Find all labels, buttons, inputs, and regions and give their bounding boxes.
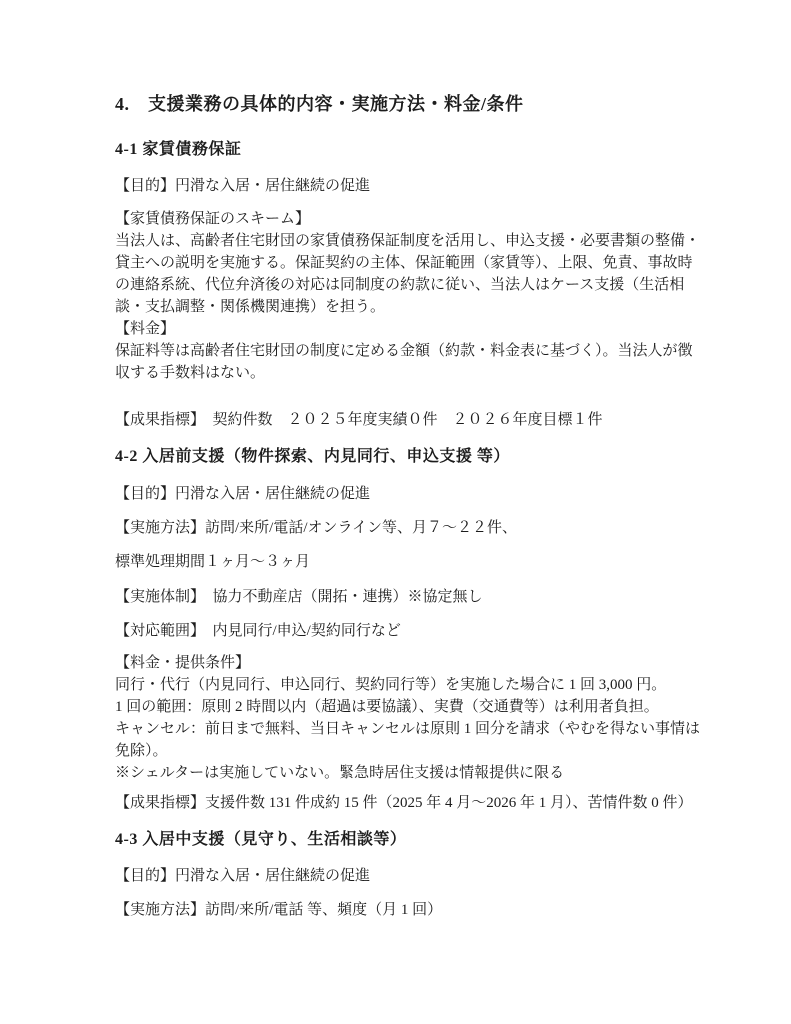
purpose-paragraph: 【目的】円滑な入居・居住継続の促進 [115,175,701,197]
text-line: 【成果指標】支援件数 131 件成約 15 件（2025 年 4 月～2026 … [115,792,701,814]
scope-paragraph: 【対応範囲】 内見同行/申込/契約同行など [115,620,701,642]
kpi-paragraph: 【成果指標】支援件数 131 件成約 15 件（2025 年 4 月～2026 … [115,792,701,814]
text-line: ※シェルターは実施していない。緊急時居住支援は情報提供に限る [115,762,701,784]
scheme-and-fee-paragraph: 【家賃債務保証のスキーム】 当法人は、高齢者住宅財団の家賃債務保証制度を活用し、… [115,208,701,384]
text-line: 貸主への説明を実施する。保証契約の主体、保証範囲（家賃等）、上限、免責、事故時 [115,252,701,274]
method-paragraph: 【実施方法】訪問/来所/電話/オンライン等、月７～２２件、 [115,517,701,539]
text-line: 1 回の範囲：原則 2 時間以内（超過は要協議）、実費（交通費等）は利用者負担。 [115,696,701,718]
text-line: 免除）。 [115,740,701,762]
text-line: 【実施方法】訪問/来所/電話/オンライン等、月７～２２件、 [115,517,701,539]
text-line: 【料金・提供条件】 [115,652,701,674]
processing-period-paragraph: 標準処理期間１ヶ月～３ヶ月 [115,551,701,573]
text-line: 収する手数料はない。 [115,362,701,384]
text-line: 【料金】 [115,318,701,340]
document-page: 4. 支援業務の具体的内容・実施方法・料金/条件 4-1 家賃債務保証 【目的】… [0,0,791,1024]
text-line: 談・支払調整・関係機関連携）を担う。 [115,296,701,318]
fee-conditions-paragraph: 【料金・提供条件】 同行・代行（内見同行、申込同行、契約同行等）を実施した場合に… [115,652,701,784]
text-line: 保証料等は高齢者住宅財団の制度に定める金額（約款・料金表に基づく）。当法人が徴 [115,340,701,362]
structure-paragraph: 【実施体制】 協力不動産店（開拓・連携）※協定無し [115,586,701,608]
document-title: 4. 支援業務の具体的内容・実施方法・料金/条件 [115,92,701,116]
text-line: 【成果指標】 契約件数 ２０２５年度実績０件 ２０２６年度目標１件 [115,409,701,431]
text-line: 同行・代行（内見同行、申込同行、契約同行等）を実施した場合に 1 回 3,000… [115,674,701,696]
text-line: 当法人は、高齢者住宅財団の家賃債務保証制度を活用し、申込支援・必要書類の整備・ [115,230,701,252]
text-line: の連絡系統、代位弁済後の対応は同制度の約款に従い、当法人はケース支援（生活相 [115,274,701,296]
text-line: 【目的】円滑な入居・居住継続の促進 [115,483,701,505]
text-line: 【実施体制】 協力不動産店（開拓・連携）※協定無し [115,586,701,608]
section-4-2: 4-2 入居前支援（物件探索、内見同行、申込支援 等） 【目的】円滑な入居・居住… [115,446,701,814]
text-line: 【実施方法】訪問/来所/電話 等、頻度（月 1 回） [115,899,701,921]
text-line: キャンセル：前日まで無料、当日キャンセルは原則 1 回分を請求（やむを得ない事情… [115,718,701,740]
purpose-paragraph: 【目的】円滑な入居・居住継続の促進 [115,483,701,505]
section-4-2-heading: 4-2 入居前支援（物件探索、内見同行、申込支援 等） [115,446,701,468]
text-line: 【目的】円滑な入居・居住継続の促進 [115,865,701,887]
text-line: 【対応範囲】 内見同行/申込/契約同行など [115,620,701,642]
text-line: 【家賃債務保証のスキーム】 [115,208,701,230]
text-line: 標準処理期間１ヶ月～３ヶ月 [115,551,701,573]
section-4-3-heading: 4-3 入居中支援（見守り、生活相談等） [115,829,701,851]
section-4-1: 4-1 家賃債務保証 【目的】円滑な入居・居住継続の促進 【家賃債務保証のスキー… [115,139,701,431]
method-paragraph: 【実施方法】訪問/来所/電話 等、頻度（月 1 回） [115,899,701,921]
section-4-3: 4-3 入居中支援（見守り、生活相談等） 【目的】円滑な入居・居住継続の促進 【… [115,829,701,921]
text-line: 【目的】円滑な入居・居住継続の促進 [115,175,701,197]
kpi-paragraph: 【成果指標】 契約件数 ２０２５年度実績０件 ２０２６年度目標１件 [115,409,701,431]
section-4-1-heading: 4-1 家賃債務保証 [115,139,701,161]
purpose-paragraph: 【目的】円滑な入居・居住継続の促進 [115,865,701,887]
